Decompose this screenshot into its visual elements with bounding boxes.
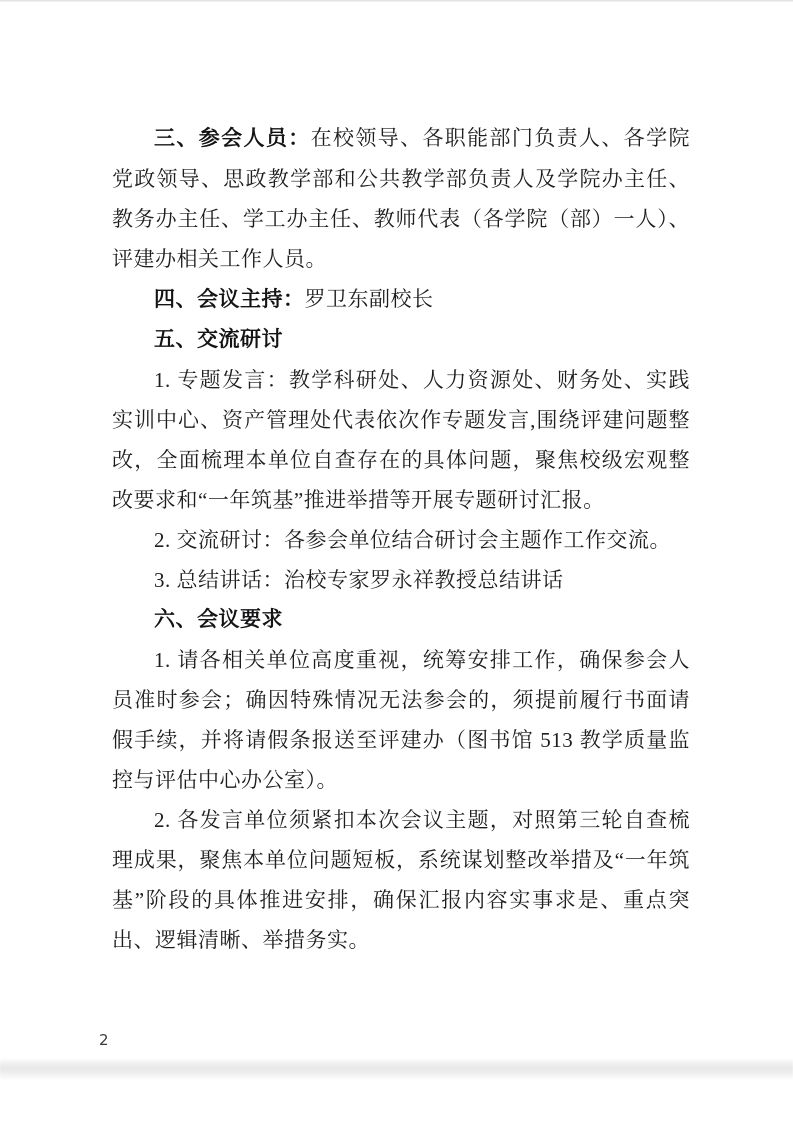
paragraph-requirement-1: 1. 请各相关单位高度重视，统筹安排工作，确保参会人员准时参会；确因特殊情况无法… bbox=[112, 640, 690, 800]
document-body: 三、参会人员：在校领导、各职能部门负责人、各学院党政领导、思政教学部和公共教学部… bbox=[112, 118, 690, 960]
paragraph-topic-speeches: 1. 专题发言：教学科研处、人力资源处、财务处、实践实训中心、资产管理处代表依次… bbox=[112, 360, 690, 520]
scan-edge-artifact bbox=[0, 0, 793, 2]
page-number: 2 bbox=[99, 1030, 109, 1050]
section-heading-6: 六、会议要求 bbox=[112, 600, 690, 640]
paragraph-text: 罗卫东副校长 bbox=[305, 287, 434, 311]
section-heading-4: 四、会议主持： bbox=[154, 288, 305, 311]
section-heading-5: 五、交流研讨 bbox=[112, 320, 690, 360]
paragraph-attendees: 三、参会人员：在校领导、各职能部门负责人、各学院党政领导、思政教学部和公共教学部… bbox=[112, 118, 690, 279]
paragraph-requirement-2: 2. 各发言单位须紧扣本次会议主题，对照第三轮自查梳理成果，聚焦本单位问题短板，… bbox=[112, 800, 690, 960]
paragraph-host: 四、会议主持：罗卫东副校长 bbox=[112, 279, 690, 320]
scan-shadow-artifact bbox=[0, 1058, 793, 1080]
paragraph-discussion: 2. 交流研讨：各参会单位结合研讨会主题作工作交流。 bbox=[112, 520, 690, 560]
document-page: 三、参会人员：在校领导、各职能部门负责人、各学院党政领导、思政教学部和公共教学部… bbox=[0, 0, 793, 1122]
paragraph-summary-speech: 3. 总结讲话：治校专家罗永祥教授总结讲话 bbox=[112, 560, 690, 600]
section-heading-3: 三、参会人员： bbox=[154, 127, 311, 150]
